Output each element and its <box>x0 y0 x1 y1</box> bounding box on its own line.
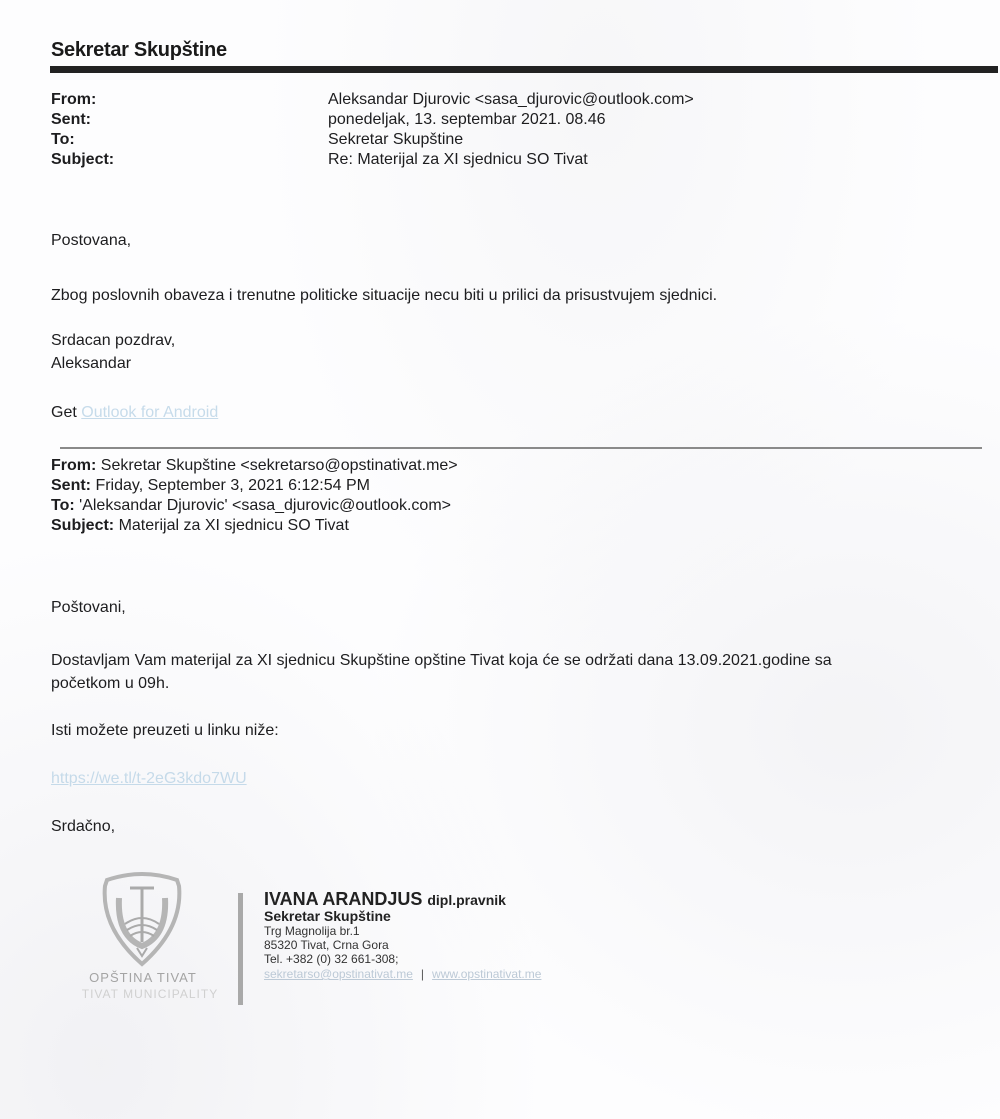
get-prefix: Get <box>51 404 77 421</box>
orig-to-value: 'Aleksandar Djurovic' <sasa_djurovic@out… <box>79 497 451 514</box>
link-separator: | <box>421 967 424 981</box>
download-link[interactable]: https://we.tl/t-2eG3kdo7WU <box>51 770 247 787</box>
signature-phone: Tel. +382 (0) 32 661-308; <box>264 952 541 966</box>
original-body-line1: Dostavljam Vam materijal za XI sjednicu … <box>51 651 832 671</box>
logo-text-opstina: OPŠTINA TIVAT <box>78 970 208 985</box>
orig-subject-row: Subject: Materijal za XI sjednicu SO Tiv… <box>51 516 458 536</box>
signature-role: Sekretar Skupštine <box>264 908 541 924</box>
orig-to-row: To: 'Aleksandar Djurovic' <sasa_djurovic… <box>51 496 458 516</box>
orig-sent-label: Sent: <box>51 477 91 494</box>
reply-body: Zbog poslovnih obaveza i trenutne politi… <box>51 286 717 306</box>
reply-signature: Aleksandar <box>51 354 131 374</box>
to-label: To: <box>51 130 114 150</box>
outlook-for-android-link[interactable]: Outlook for Android <box>81 404 218 421</box>
signature-address1: Trg Magnolija br.1 <box>264 924 541 938</box>
original-body-line2: početkom u 09h. <box>51 674 169 694</box>
original-greeting: Poštovani, <box>51 598 126 618</box>
signature-links: sekretarso@opstinativat.me|www.opstinati… <box>264 967 541 981</box>
sent-value: ponedeljak, 13. septembar 2021. 08.46 <box>328 110 694 130</box>
scanned-email-printout: Sekretar Skupštine From: Sent: To: Subje… <box>0 0 1000 1119</box>
signature-separator-bar <box>238 893 243 1005</box>
municipal-coat-of-arms-icon <box>97 868 187 968</box>
logo-text-municipality: TIVAT MUNICIPALITY <box>70 987 230 1001</box>
orig-subject-value: Materijal za XI sjednicu SO Tivat <box>119 517 349 534</box>
orig-from-row: From: Sekretar Skupštine <sekretarso@ops… <box>51 456 458 476</box>
signature-website-link[interactable]: www.opstinativat.me <box>432 967 541 981</box>
orig-subject-label: Subject: <box>51 517 114 534</box>
to-value: Sekretar Skupštine <box>328 130 694 150</box>
sent-label: Sent: <box>51 110 114 130</box>
from-value: Aleksandar Djurovic <sasa_djurovic@outlo… <box>328 90 694 110</box>
orig-sent-row: Sent: Friday, September 3, 2021 6:12:54 … <box>51 476 458 496</box>
quoted-divider <box>60 447 982 449</box>
download-link-line: https://we.tl/t-2eG3kdo7WU <box>51 769 247 789</box>
signature-block: IVANA ARANDJUS dipl.pravnik Sekretar Sku… <box>264 889 541 981</box>
reply-closing: Srdacan pozdrav, <box>51 331 175 351</box>
orig-from-label: From: <box>51 457 96 474</box>
orig-to-label: To: <box>51 497 75 514</box>
signature-name: IVANA ARANDJUS <box>264 889 422 909</box>
document-title: Sekretar Skupštine <box>51 39 227 62</box>
original-header: From: Sekretar Skupštine <sekretarso@ops… <box>51 456 458 536</box>
from-label: From: <box>51 90 114 110</box>
original-link-intro: Isti možete preuzeti u linku niže: <box>51 721 279 741</box>
subject-label: Subject: <box>51 150 114 170</box>
reply-greeting: Postovana, <box>51 231 131 251</box>
original-closing: Srdačno, <box>51 817 115 837</box>
orig-from-value: Sekretar Skupštine <sekretarso@opstinati… <box>101 457 458 474</box>
reply-header-values: Aleksandar Djurovic <sasa_djurovic@outlo… <box>328 90 694 170</box>
signature-name-line: IVANA ARANDJUS dipl.pravnik <box>264 889 541 910</box>
get-outlook-line: Get Outlook for Android <box>51 403 218 423</box>
signature-email-link[interactable]: sekretarso@opstinativat.me <box>264 967 413 981</box>
reply-header-labels: From: Sent: To: Subject: <box>51 90 114 170</box>
title-rule <box>50 66 998 73</box>
signature-credential: dipl.pravnik <box>427 892 506 908</box>
subject-value: Re: Materijal za XI sjednicu SO Tivat <box>328 150 694 170</box>
orig-sent-value: Friday, September 3, 2021 6:12:54 PM <box>95 477 370 494</box>
signature-address2: 85320 Tivat, Crna Gora <box>264 938 541 952</box>
